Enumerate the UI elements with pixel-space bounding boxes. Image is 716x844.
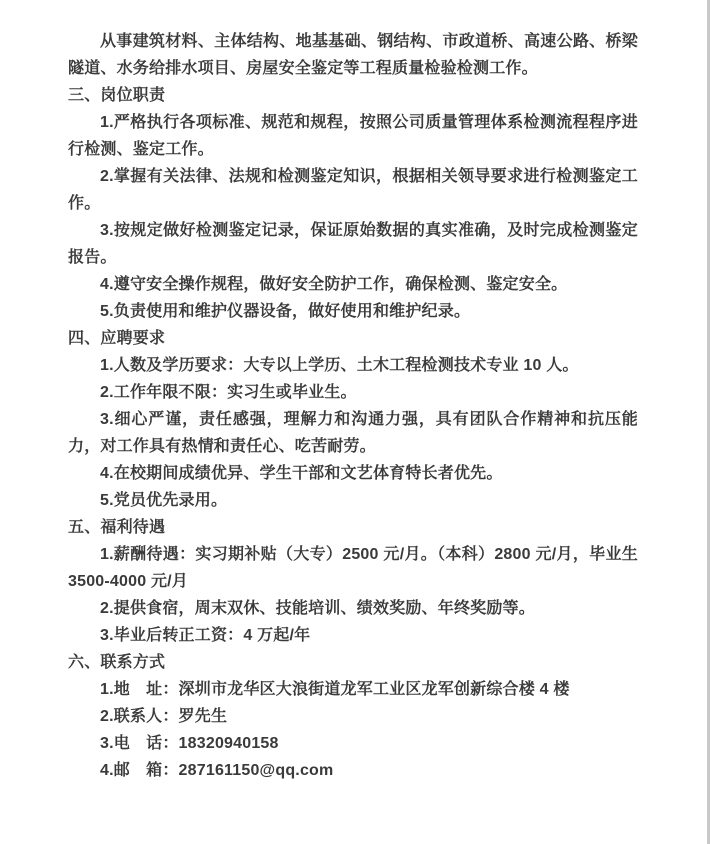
heading-benefits: 五、福利待遇: [68, 514, 638, 541]
scrollbar-track[interactable]: [707, 0, 710, 844]
benefit-item-2: 2.提供食宿，周末双休、技能培训、绩效奖励、年终奖励等。: [68, 595, 638, 622]
job-duty-item-2: 2.掌握有关法律、法规和检测鉴定知识，根据相关领导要求进行检测鉴定工作。: [68, 163, 638, 217]
heading-job-duties: 三、岗位职责: [68, 82, 638, 109]
heading-contact: 六、联系方式: [68, 649, 638, 676]
requirement-item-4: 4.在校期间成绩优异、学生干部和文艺体育特长者优先。: [68, 460, 638, 487]
job-duty-item-3: 3.按规定做好检测鉴定记录，保证原始数据的真实准确，及时完成检测鉴定报告。: [68, 217, 638, 271]
requirement-item-5: 5.党员优先录用。: [68, 487, 638, 514]
benefit-item-1: 1.薪酬待遇：实习期补贴（大专）2500 元/月。（本科）2800 元/月，毕业…: [68, 541, 638, 595]
job-duty-item-1: 1.严格执行各项标准、规范和规程，按照公司质量管理体系检测流程程序进行检测、鉴定…: [68, 109, 638, 163]
requirement-item-2: 2.工作年限不限：实习生或毕业生。: [68, 379, 638, 406]
paragraph-job-scope-continuation: 从事建筑材料、主体结构、地基基础、钢结构、市政道桥、高速公路、桥梁隧道、水务给排…: [68, 28, 638, 82]
heading-requirements: 四、应聘要求: [68, 325, 638, 352]
contact-item-person: 2.联系人：罗先生: [68, 703, 638, 730]
requirement-item-3: 3.细心严谨，责任感强，理解力和沟通力强，具有团队合作精神和抗压能力，对工作具有…: [68, 406, 638, 460]
document-page: 从事建筑材料、主体结构、地基基础、钢结构、市政道桥、高速公路、桥梁隧道、水务给排…: [0, 0, 716, 844]
job-duty-item-5: 5.负责使用和维护仪器设备，做好使用和维护纪录。: [68, 298, 638, 325]
job-duty-item-4: 4.遵守安全操作规程，做好安全防护工作，确保检测、鉴定安全。: [68, 271, 638, 298]
contact-item-address: 1.地 址：深圳市龙华区大浪街道龙军工业区龙军创新综合楼 4 楼: [68, 676, 638, 703]
contact-item-email: 4.邮 箱：287161150@qq.com: [68, 757, 638, 784]
requirement-item-1: 1.人数及学历要求：大专以上学历、土木工程检测技术专业 10 人。: [68, 352, 638, 379]
contact-item-phone: 3.电 话：18320940158: [68, 730, 638, 757]
benefit-item-3: 3.毕业后转正工资：4 万起/年: [68, 622, 638, 649]
document-content: 从事建筑材料、主体结构、地基基础、钢结构、市政道桥、高速公路、桥梁隧道、水务给排…: [68, 28, 638, 784]
